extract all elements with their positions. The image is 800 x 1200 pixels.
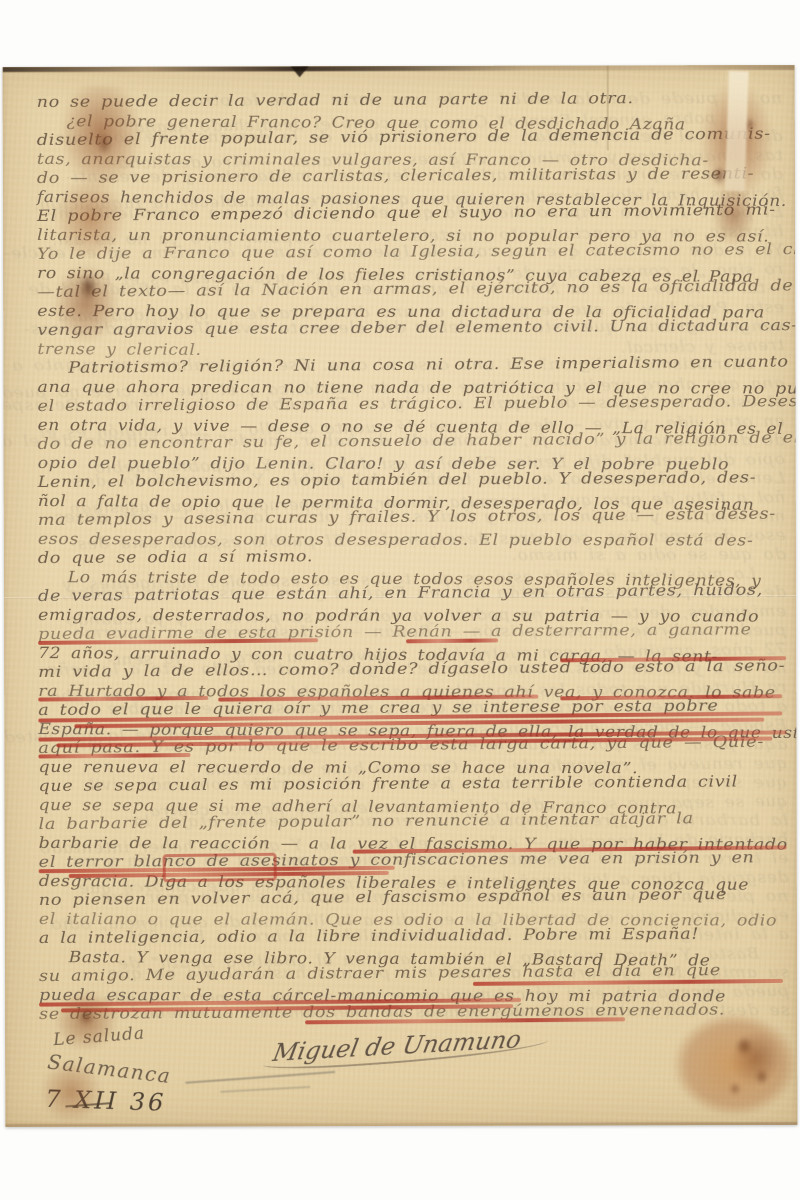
closing-salutation: Le saluda [53, 1023, 146, 1050]
pencil-stroke [220, 1086, 310, 1093]
letter-paper: no se puede decir la verdad ni de una pa… [3, 65, 798, 1127]
signature: Miguel de Unamuno [271, 1025, 524, 1067]
red-box-mark [163, 853, 277, 882]
letter-body: no se puede decir la verdad ni de una pa… [37, 91, 787, 1024]
tape-mark [725, 71, 749, 192]
scanned-letter: no se puede decir la verdad ni de una pa… [0, 0, 800, 1200]
paper-bottom-edge [5, 1122, 797, 1127]
pencil-stroke [185, 1071, 335, 1084]
paper-top-edge [3, 65, 795, 72]
place-line: Salamanca [46, 1049, 172, 1088]
date-line: 7 XII 36 [45, 1085, 167, 1117]
paper-tear-notch [291, 66, 309, 77]
